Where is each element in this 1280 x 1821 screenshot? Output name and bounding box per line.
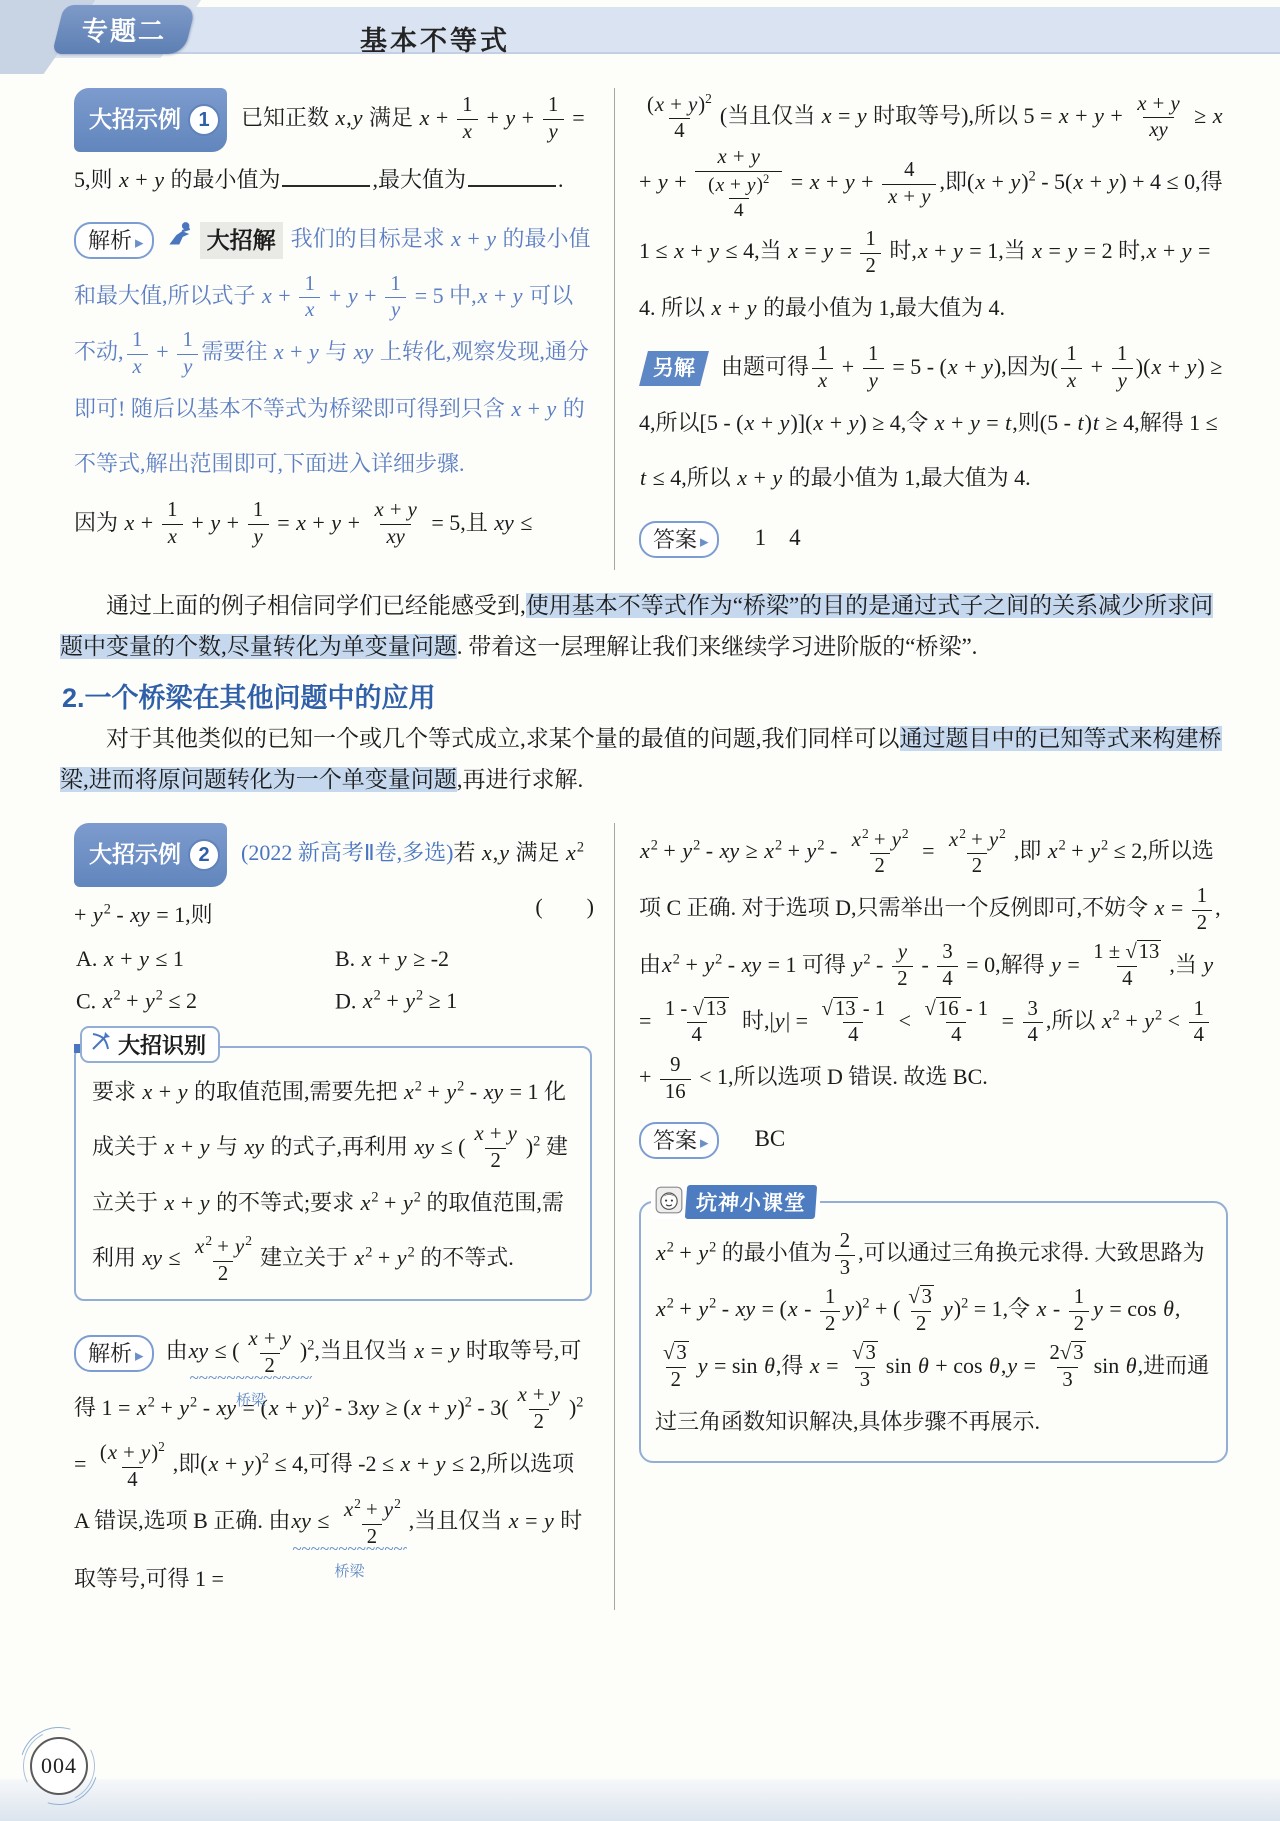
- header-band: 基本不等式: [150, 7, 1280, 54]
- example1-right-column: (x + y)24(当且仅当 x = y 时取等号),所以 5 = x + y …: [614, 88, 1228, 570]
- example-number: 2: [188, 839, 220, 871]
- section-heading: 2.一个桥梁在其他问题中的应用: [62, 676, 1228, 715]
- person-icon: [166, 213, 196, 268]
- keng-classroom-text: x2 + y2 的最小值为23,可以通过三角换元求得. 大致思路为 x2 + y…: [655, 1225, 1214, 1449]
- example1-badge: 大招示例1: [74, 88, 227, 152]
- example1-section: 大招示例1已知正数 x,y 满足 x + 1x + y + 1y = 5,则 x…: [74, 88, 1228, 570]
- example2-answer-value: BC: [755, 1126, 786, 1151]
- footer-band: [0, 1779, 1280, 1821]
- option-d: D. x2 + y2 ≥ 1: [335, 988, 594, 1014]
- option-a: A. x + y ≤ 1: [76, 946, 335, 972]
- example1-alt-solution: 另解由题可得1x + 1y = 5 - (x + y),因为(1x + 1y)(…: [639, 339, 1228, 505]
- example2-problem: 大招示例2(2022 新高考Ⅱ卷,多选)若 x,y 满足 x2 + y2 - x…: [74, 823, 594, 942]
- recognition-text: 要求 x + y 的取值范围,需要先把 x2 + y2 - xy = 1 化成关…: [92, 1064, 576, 1288]
- example2-section: 大招示例2(2022 新高考Ⅱ卷,多选)若 x,y 满足 x2 + y2 - x…: [74, 823, 1228, 1610]
- choice-parentheses: ( ): [535, 879, 594, 934]
- example1-answer-value: 1 4: [755, 525, 801, 550]
- example2-options: A. x + y ≤ 1 B. x + y ≥ -2 C. x2 + y2 ≤ …: [76, 946, 594, 1014]
- teacher-face-icon: [655, 1186, 683, 1219]
- example1-solution: (x + y)24(当且仅当 x = y 时取等号),所以 5 = x + y …: [639, 88, 1228, 335]
- badge-arrow-icon: ▸: [135, 233, 144, 252]
- example2-answer: 答案▸BC: [639, 1110, 1228, 1168]
- page-number: 004: [20, 1727, 98, 1805]
- answer-badge: 答案▸: [639, 1122, 719, 1159]
- section2-intro-paragraph: 对于其他类似的已知一个或几个等式成立,求某个量的最值的问题,我们同样可以通过题目…: [60, 719, 1228, 801]
- summary-paragraph: 通过上面的例子相信同学们已经能感受到,使用基本不等式作为“桥梁”的目的是通过式子…: [60, 586, 1228, 668]
- badge-arrow-icon: ▸: [700, 532, 709, 551]
- bow-arrow-icon: [89, 1029, 113, 1059]
- page-header: 基本不等式 专题二: [0, 0, 1280, 66]
- chapter-title: 基本不等式: [360, 19, 510, 58]
- option-b: B. x + y ≥ -2: [335, 946, 594, 972]
- answer-badge: 答案▸: [639, 521, 719, 558]
- textbook-page: 基本不等式 专题二 大招示例1已知正数 x,y 满足 x + 1x + y + …: [0, 0, 1280, 1821]
- dazhaojie-label: 大招解: [200, 222, 283, 259]
- example-number: 1: [188, 104, 220, 136]
- example1-because: 因为 x + 1x + y + 1y = x + y + x + yxy = 5…: [74, 495, 594, 551]
- analysis-badge: 解析▸: [74, 1335, 154, 1372]
- example1-analysis: 解析▸大招解我们的目标是求 x + y 的最小值和最大值,所以式子 x + 1x…: [74, 211, 594, 491]
- analysis-badge: 解析▸: [74, 222, 154, 259]
- example2-analysis: 解析▸由xy ≤ (x + y2)2~~~~~~~~~~~~~~~~~~~~~~…: [74, 1323, 594, 1605]
- example1-left-column: 大招示例1已知正数 x,y 满足 x + 1x + y + 1y = 5,则 x…: [74, 88, 614, 570]
- badge-arrow-icon: ▸: [700, 1133, 709, 1152]
- example1-analysis-text: 我们的目标是求 x + y 的最小值和最大值,所以式子 x + 1x + y +…: [74, 226, 591, 476]
- example1-answer: 答案▸1 4: [639, 509, 1228, 567]
- example2-solution: x2 + y2 - xy ≥ x2 + y2 - x2 + y22 = x2 +…: [639, 823, 1228, 1106]
- option-c: C. x2 + y2 ≤ 2: [76, 988, 335, 1014]
- recognition-box: 大招识别 要求 x + y 的取值范围,需要先把 x2 + y2 - xy = …: [74, 1046, 592, 1302]
- chapter-tab: 专题二: [52, 5, 196, 54]
- recognition-box-label: 大招识别: [80, 1026, 220, 1063]
- keng-classroom-label: 坑神小课堂: [651, 1185, 820, 1219]
- keng-classroom-box: 坑神小课堂 x2 + y2 的最小值为23,可以通过三角换元求得. 大致思路为 …: [639, 1201, 1228, 1463]
- example2-left-column: 大招示例2(2022 新高考Ⅱ卷,多选)若 x,y 满足 x2 + y2 - x…: [74, 823, 614, 1610]
- example2-right-column: x2 + y2 - xy ≥ x2 + y2 - x2 + y22 = x2 +…: [614, 823, 1228, 1610]
- example2-badge: 大招示例2: [74, 823, 227, 887]
- bridge-summary: 通过上面的例子相信同学们已经能感受到,使用基本不等式作为“桥梁”的目的是通过式子…: [60, 586, 1228, 801]
- alt-solution-badge: 另解: [639, 351, 709, 387]
- example1-problem: 大招示例1已知正数 x,y 满足 x + 1x + y + 1y = 5,则 x…: [74, 88, 594, 207]
- badge-arrow-icon: ▸: [135, 1346, 144, 1365]
